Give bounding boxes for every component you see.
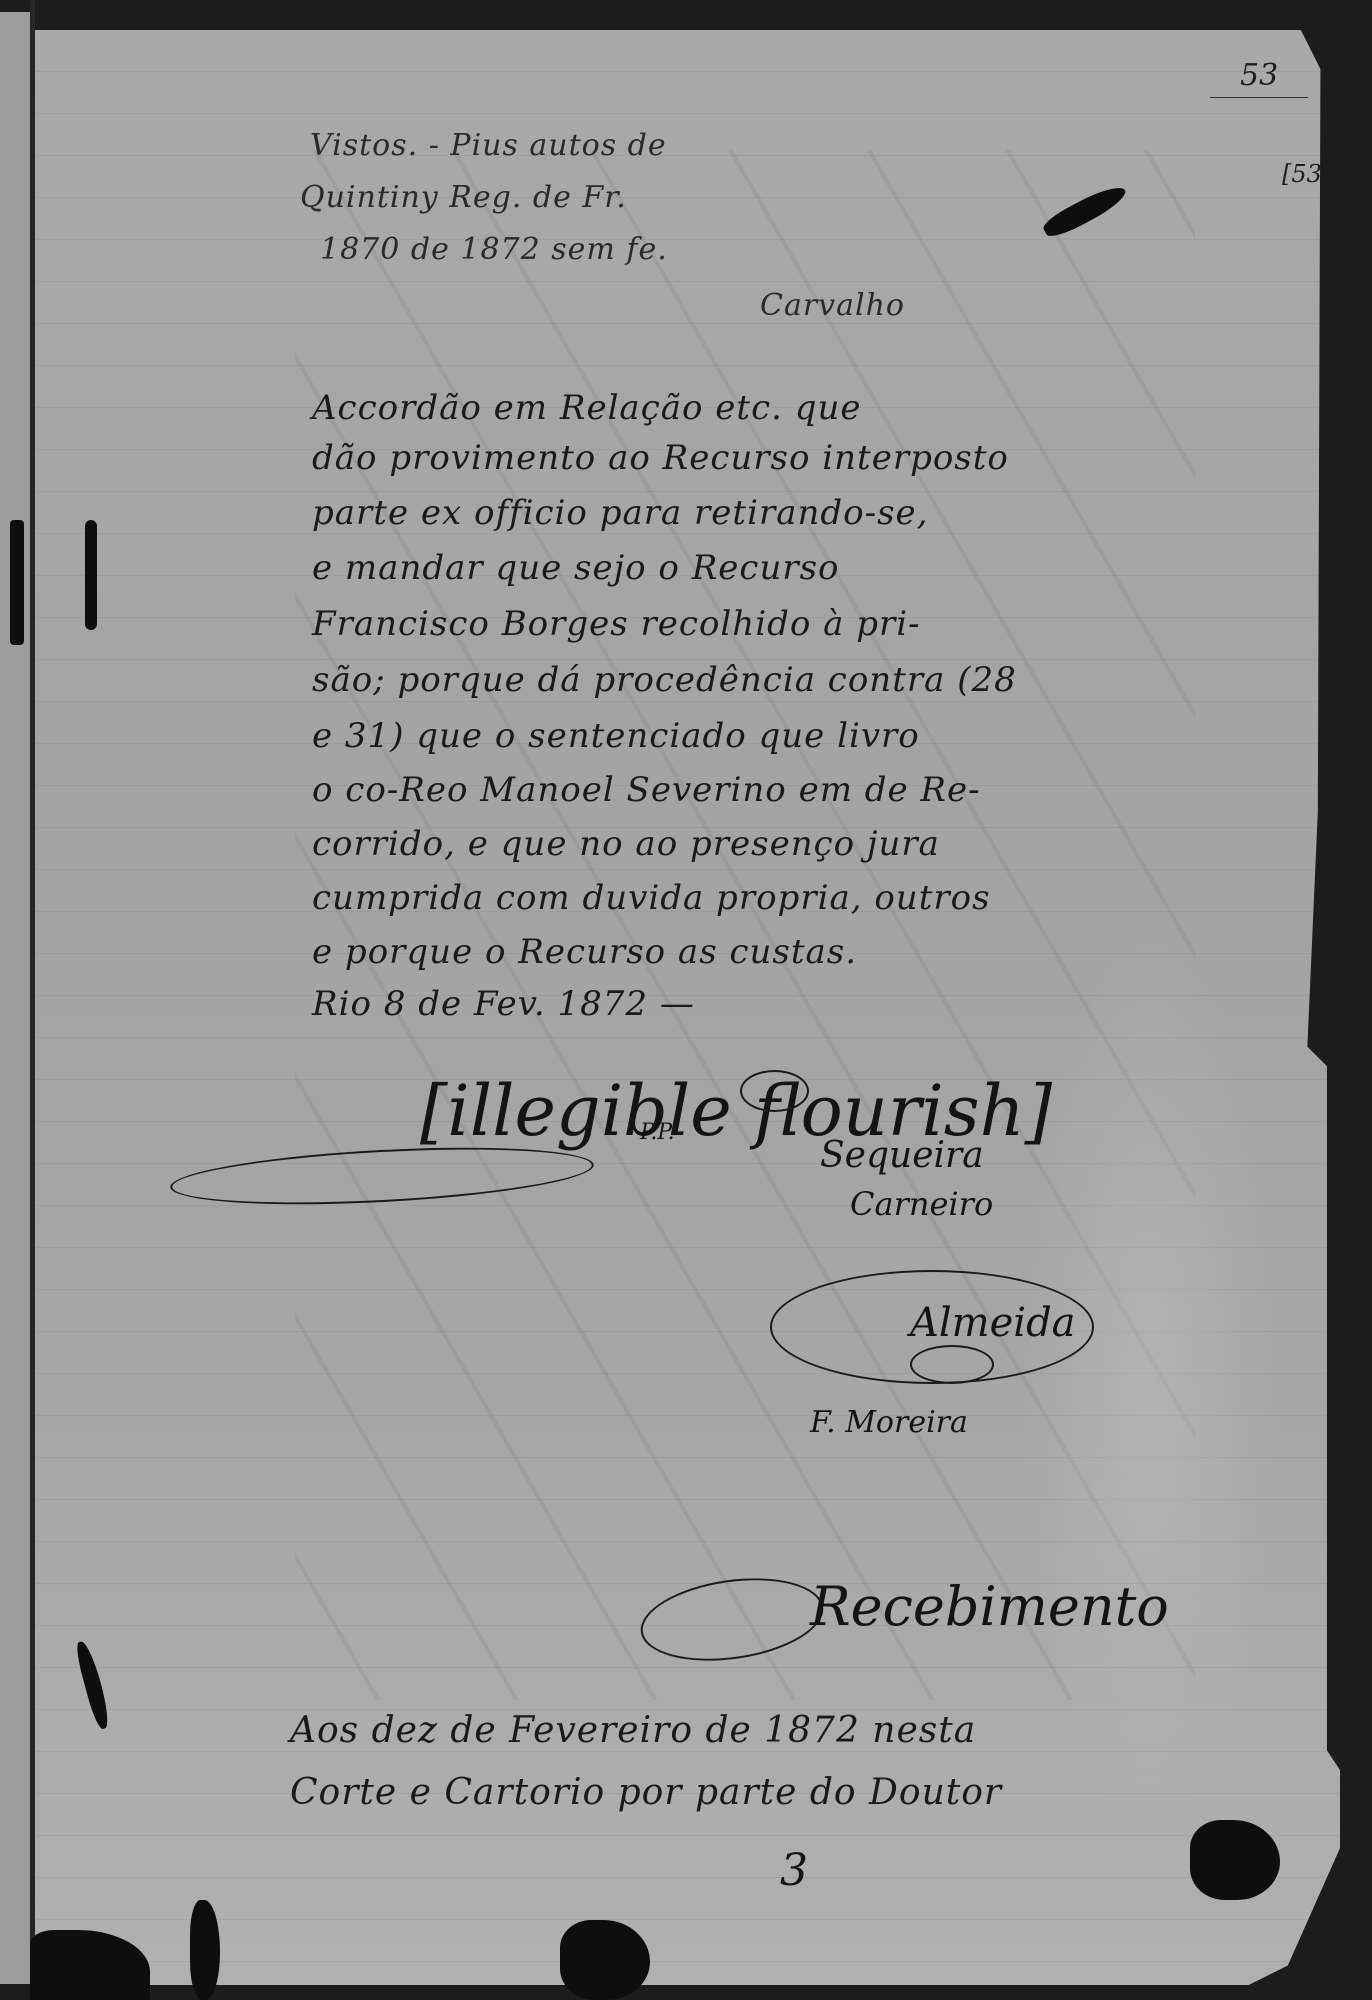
body-line: Rio 8 de Fev. 1872 —	[312, 984, 695, 1024]
folio-number: 53	[1210, 58, 1308, 98]
header-note-line: 1870 de 1872 sem fe.	[320, 232, 668, 267]
folio-number-bracketed: [53]	[1282, 160, 1331, 188]
paper-damage	[190, 1900, 220, 2000]
signature-right-3: F. Moreira	[810, 1405, 968, 1440]
body-line: Accordão em Relação etc. que	[312, 388, 862, 428]
header-note-line: Vistos. - Pius autos de	[310, 128, 667, 163]
body-line: parte ex officio para retirando-se,	[312, 493, 929, 533]
trailing-mark: 3	[780, 1845, 808, 1896]
ink-blot	[1190, 1820, 1280, 1900]
body-line: cumprida com duvida propria, outros	[312, 878, 991, 918]
header-note-line: Carvalho	[760, 288, 905, 323]
signature-flourish	[740, 1070, 809, 1112]
body-line: corrido, e que no ao presenço jura	[312, 824, 940, 864]
binding-line	[30, 0, 35, 2000]
body-line: dão provimento ao Recurso interposto	[312, 438, 1009, 478]
body-line: e porque o Recurso as custas.	[312, 932, 857, 972]
ink-stain	[10, 520, 24, 645]
paper-damage	[560, 1920, 650, 2000]
body-line: Francisco Borges recolhido à pri-	[312, 604, 921, 644]
signature-right-1-line2: Carneiro	[850, 1185, 993, 1223]
signature-left-suffix: P.P.	[640, 1120, 675, 1145]
body-line: o co-Reo Manoel Severino em de Re-	[312, 770, 981, 810]
ink-stain	[85, 520, 97, 630]
receipt-heading: Recebimento	[810, 1575, 1169, 1638]
receipt-line: Aos dez de Fevereiro de 1872 nesta	[290, 1710, 976, 1751]
ink-bleed-through	[295, 150, 1195, 1700]
header-note-line: Quintiny Reg. de Fr.	[300, 180, 627, 215]
body-line: e mandar que sejo o Recurso	[312, 548, 840, 588]
receipt-line: Corte e Cartorio por parte do Doutor	[290, 1772, 1002, 1813]
signature-right-1-line1: Sequeira	[820, 1135, 984, 1176]
facing-page-edge	[0, 12, 30, 1984]
signature-right-2: Almeida	[910, 1300, 1076, 1346]
signature-flourish	[910, 1345, 994, 1384]
body-line: são; porque dá procedência contra (28	[312, 660, 1017, 700]
body-line: e 31) que o sentenciado que livro	[312, 716, 920, 756]
